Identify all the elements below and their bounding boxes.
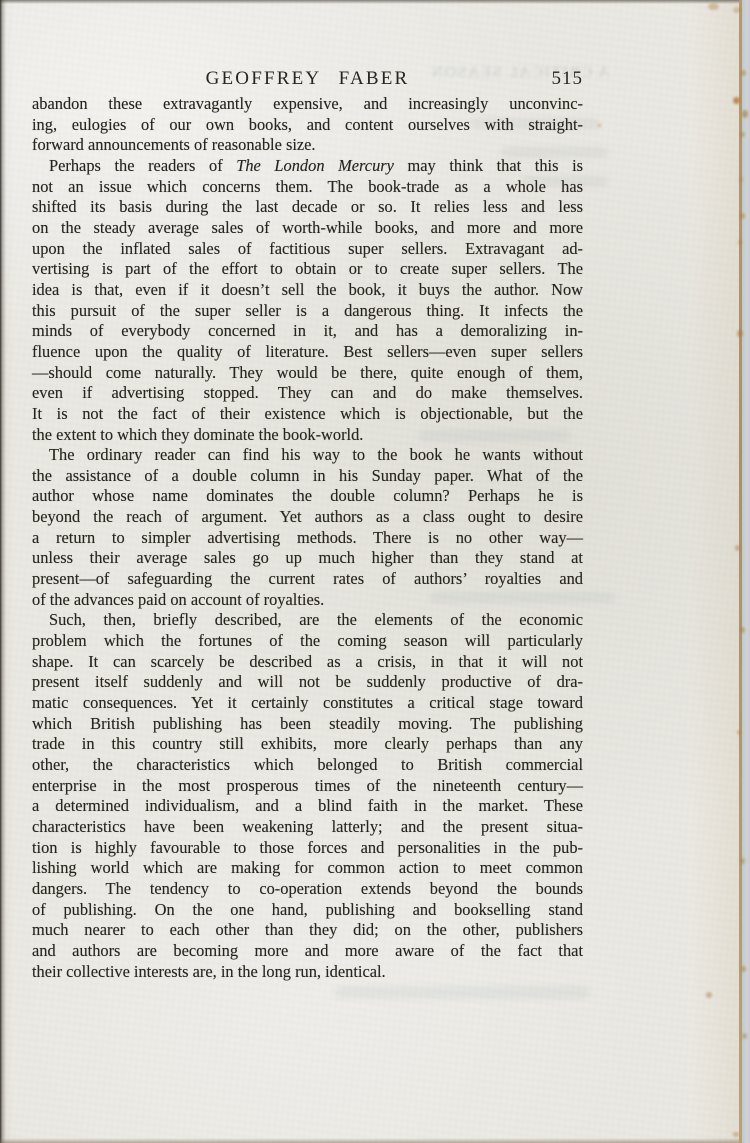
page-edge-left-shadow bbox=[0, 0, 6, 1143]
text-line: a return to simpler advertising methods.… bbox=[32, 528, 583, 549]
text-block: abandon these extravagantly expensive, a… bbox=[32, 94, 583, 982]
paragraph: Perhaps the readers of The London Mercur… bbox=[32, 156, 583, 445]
text-line: idea is that, even if it doesn’t sell th… bbox=[32, 280, 583, 301]
text-line: much nearer to each other than they did;… bbox=[32, 920, 583, 941]
text-line: It is not the fact of their existence wh… bbox=[32, 404, 583, 425]
text-line: beyond the reach of argument. Yet author… bbox=[32, 507, 583, 528]
text-line: author whose name dominates the double c… bbox=[32, 486, 583, 507]
running-head: GEOFFREY FABER 515 bbox=[32, 68, 583, 92]
text-line: ing, eulogies of our own books, and cont… bbox=[32, 115, 583, 136]
text-line: lishing world which are making for commo… bbox=[32, 858, 583, 879]
text-line: fluence upon the quality of literature. … bbox=[32, 342, 583, 363]
text-line: dangers. The tendency to co-operation ex… bbox=[32, 879, 583, 900]
scan-background-strip bbox=[742, 0, 750, 1143]
text-line: shape. It can scarcely be described as a… bbox=[32, 652, 583, 673]
text-line: of publishing. On the one hand, publishi… bbox=[32, 900, 583, 921]
page-edge-top-shadow bbox=[0, 0, 750, 4]
paper-sheet: A CRITICAL SEASON GEOFFREY FABER 515 aba… bbox=[0, 0, 742, 1143]
paragraph: abandon these extravagantly expensive, a… bbox=[32, 94, 583, 156]
text-line: present—of safeguarding the current rate… bbox=[32, 569, 583, 590]
text-line: other, the characteristics which belonge… bbox=[32, 755, 583, 776]
paragraph: Such, then, briefly described, are the e… bbox=[32, 610, 583, 982]
text-line: vertising is part of the effort to obtai… bbox=[32, 259, 583, 280]
text-line: characteristics have been weakening latt… bbox=[32, 817, 583, 838]
page-number: 515 bbox=[552, 68, 584, 90]
scanned-book-page: { "colors": { "paper": "#e9e7e1", "ink":… bbox=[0, 0, 750, 1143]
text-line: enterprise in the most prosperous times … bbox=[32, 776, 583, 797]
text-line: —should come naturally. They would be th… bbox=[32, 363, 583, 384]
running-title: GEOFFREY FABER bbox=[206, 68, 410, 89]
text-line: of the advances paid on account of royal… bbox=[32, 590, 583, 611]
text-line: abandon these extravagantly expensive, a… bbox=[32, 94, 583, 115]
text-line: a determined individualism, and a blind … bbox=[32, 796, 583, 817]
text-line: the extent to which they dominate the bo… bbox=[32, 425, 583, 446]
text-line: trade in this country still exhibits, mo… bbox=[32, 734, 583, 755]
text-line: The ordinary reader can find his way to … bbox=[32, 445, 583, 466]
text-line: upon the inflated sales of factitious su… bbox=[32, 239, 583, 260]
page-edge-bottom-shadow bbox=[0, 1138, 750, 1143]
ghost-showthrough-smudge bbox=[335, 986, 590, 999]
text-line: and authors are becoming more and more a… bbox=[32, 941, 583, 962]
text-line: unless their average sales go up much hi… bbox=[32, 548, 583, 569]
text-line: forward announcements of reasonable size… bbox=[32, 135, 583, 156]
text-line: shifted its basis during the last decade… bbox=[32, 197, 583, 218]
text-line: this pursuit of the super seller is a da… bbox=[32, 301, 583, 322]
text-line: minds of everybody concerned in it, and … bbox=[32, 321, 583, 342]
text-line: present itself suddenly and will not be … bbox=[32, 672, 583, 693]
text-line: problem which the fortunes of the coming… bbox=[32, 631, 583, 652]
text-line: not an issue which concerns them. The bo… bbox=[32, 177, 583, 198]
text-line: tion is highly favourable to those force… bbox=[32, 838, 583, 859]
text-line: Such, then, briefly described, are the e… bbox=[32, 610, 583, 631]
text-line: matic consequences. Yet it certainly con… bbox=[32, 693, 583, 714]
text-line: even if advertising stopped. They can an… bbox=[32, 383, 583, 404]
text-line: the assistance of a double column in his… bbox=[32, 466, 583, 487]
text-line: their collective interests are, in the l… bbox=[32, 962, 583, 983]
text-line: which British publishing has been steadi… bbox=[32, 714, 583, 735]
paragraph: The ordinary reader can find his way to … bbox=[32, 445, 583, 610]
text-line: Perhaps the readers of The London Mercur… bbox=[32, 156, 583, 177]
text-line: on the steady average sales of worth-whi… bbox=[32, 218, 583, 239]
